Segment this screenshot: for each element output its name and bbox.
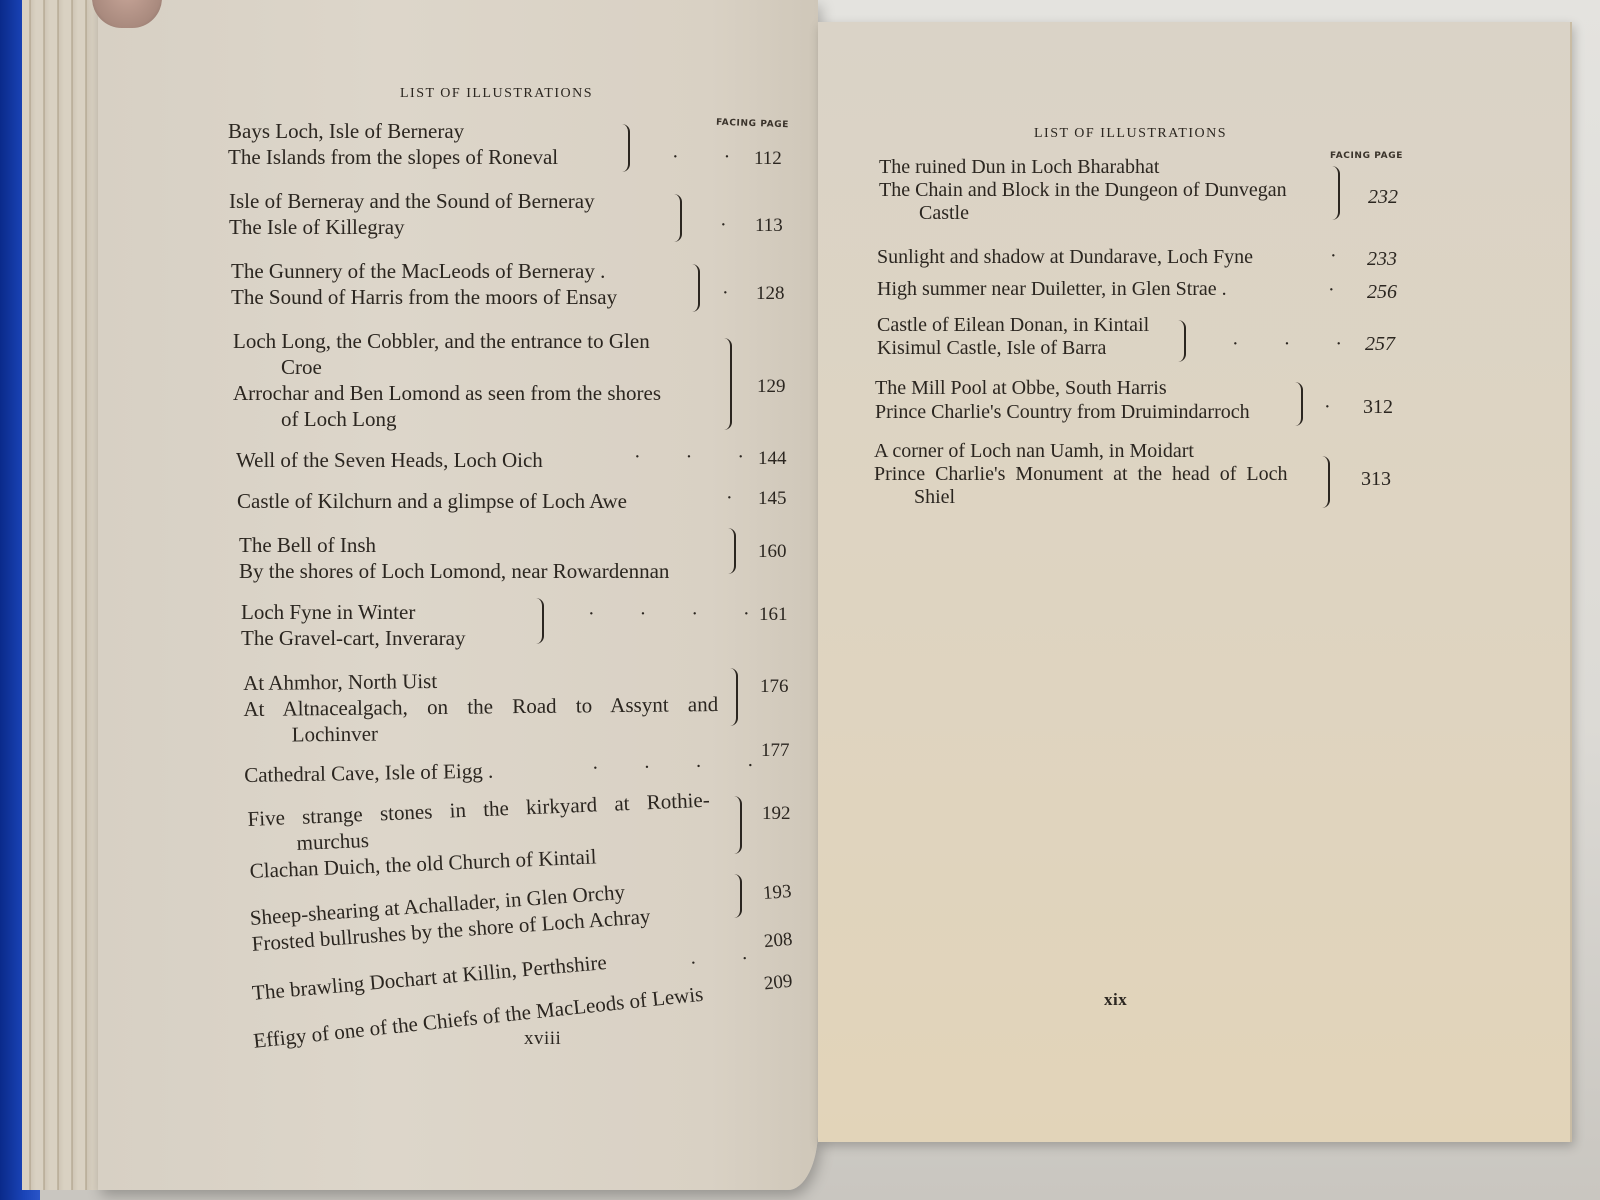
- list-item: Bays Loch, Isle of Berneray The Islands …: [228, 118, 558, 170]
- page-number: 161: [759, 604, 788, 626]
- page-number: 257: [1365, 333, 1395, 356]
- list-item: Loch Fyne in Winter The Gravel-cart, Inv…: [241, 599, 465, 651]
- page-number: 145: [758, 488, 787, 510]
- left-page-folio: xviii: [524, 1028, 561, 1050]
- brace: [1295, 382, 1303, 426]
- page-number: 193: [762, 881, 792, 905]
- list-item: Loch Long, the Cobbler, and the entrance…: [233, 328, 661, 432]
- page-number: 313: [1361, 468, 1391, 491]
- brace: [728, 528, 736, 574]
- list-item: High summer near Duiletter, in Glen Stra…: [877, 276, 1227, 302]
- list-item: The Bell of Insh By the shores of Loch L…: [239, 532, 669, 584]
- leader-dots: · · · ·: [592, 755, 754, 781]
- brace: [622, 124, 630, 172]
- left-running-head: LIST OF ILLUSTRATIONS: [400, 86, 593, 102]
- brace: [1322, 456, 1330, 508]
- page-number: 208: [763, 929, 793, 953]
- list-item: A corner of Loch nan Uamh, in Moidart Pr…: [874, 440, 1288, 509]
- page-number: 144: [758, 448, 787, 470]
- list-item: Castle of Eilean Donan, in Kintail Kisim…: [877, 314, 1149, 360]
- page-number: 177: [761, 740, 790, 762]
- page-number: 192: [762, 803, 791, 825]
- page-number: 113: [755, 215, 783, 237]
- brace: [734, 874, 742, 918]
- leader-dots: · · ·: [1232, 333, 1342, 356]
- page-number: 129: [757, 376, 786, 398]
- list-item: Cathedral Cave, Isle of Eigg .: [244, 758, 493, 788]
- page-number: 160: [758, 541, 787, 563]
- leader-dots: ·: [1324, 396, 1331, 419]
- brace: [1332, 166, 1340, 220]
- page-number: 232: [1368, 186, 1398, 209]
- list-item: Sunlight and shadow at Dundarave, Loch F…: [877, 244, 1253, 270]
- brace: [1178, 320, 1186, 362]
- right-running-head: LIST OF ILLUSTRATIONS: [1034, 126, 1227, 142]
- list-item: Isle of Berneray and the Sound of Berner…: [229, 188, 595, 240]
- leader-dots: · · ·: [634, 446, 744, 469]
- page-number: 176: [760, 676, 789, 698]
- leader-dots: ·: [726, 487, 733, 510]
- list-item: The ruined Dun in Loch Bharabhat The Cha…: [879, 156, 1287, 225]
- page-number: 209: [763, 971, 794, 996]
- leader-dots: · · · ·: [588, 603, 750, 626]
- brace: [730, 668, 738, 726]
- brace: [536, 598, 544, 644]
- page-number: 112: [754, 148, 782, 170]
- page-number: 256: [1367, 281, 1397, 304]
- leader-dots: ·: [722, 282, 729, 305]
- leader-dots: ·: [720, 214, 727, 237]
- list-item: The Gunnery of the MacLeods of Berneray …: [231, 258, 617, 310]
- list-item: The Mill Pool at Obbe, South Harris Prin…: [875, 376, 1250, 424]
- right-facing-page-label: FACING PAGE: [1330, 151, 1403, 161]
- leader-dots: ·: [1328, 279, 1335, 302]
- page-number: 233: [1367, 248, 1397, 271]
- list-item: At Ahmhor, North Uist At Altnacealgach, …: [243, 665, 719, 748]
- leader-dots: ·: [1330, 245, 1337, 268]
- brace: [724, 338, 732, 430]
- page-number: 312: [1363, 396, 1393, 419]
- brace: [674, 194, 682, 242]
- list-item: Well of the Seven Heads, Loch Oich: [236, 447, 543, 473]
- right-page-folio: xix: [1104, 990, 1127, 1010]
- brace: [692, 264, 700, 312]
- leader-dots: · ·: [672, 146, 730, 169]
- brace: [734, 796, 742, 854]
- page-number: 128: [756, 283, 785, 305]
- list-item: Castle of Kilchurn and a glimpse of Loch…: [237, 488, 627, 514]
